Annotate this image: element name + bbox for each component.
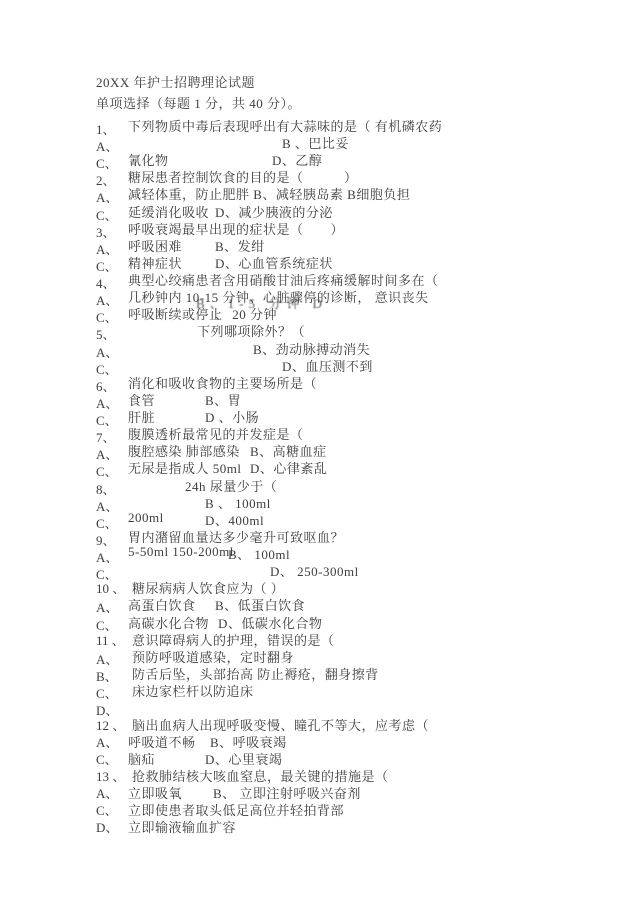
text-line: C、精神症状D、心血管系统症状	[0, 253, 640, 270]
text-line: A、呼吸道不畅B、呼吸衰竭	[0, 732, 640, 749]
text-line: D、	[0, 698, 640, 715]
text-line: 13 、抢救肺结核大咳血窒息，最关键的措施是（	[0, 766, 640, 783]
line-text: B、低蛋白饮食	[215, 595, 305, 614]
text-line: C、D、血压测不到	[0, 356, 640, 373]
text-line: C、床边家栏杆以防追床	[0, 681, 640, 698]
text-line: 1、下列物质中毒后表现呼出有大蒜味的是（ 有机磷农药	[0, 116, 640, 133]
text-line: B、防舌后坠，头部抬高 防止褥疮，翻身擦背	[0, 664, 640, 681]
text-line: C、氰化物D、乙醇	[0, 150, 640, 167]
line-text: 200ml	[128, 510, 164, 526]
text-line: 8、24h 尿量少于（	[0, 476, 640, 493]
line-text: 下列哪项除外？（	[197, 321, 305, 340]
text-line: 2、糖尿患者控制饮食的目的是（ ）	[0, 167, 640, 184]
text-line: 12 、脑出血病人出现呼吸变慢、瞳孔不等大，应考虑（	[0, 715, 640, 732]
text-line: A、呼吸困难B、发绀	[0, 236, 640, 253]
line-text: 高蛋白饮食	[128, 595, 196, 614]
text-line: C、无尿是指成人 50mlD、心律紊乱	[0, 458, 640, 475]
text-line: C、立即使患者取头低足高位并轻拍背部	[0, 800, 640, 817]
text-line: A、几秒钟内 10-15 分钟、心脏骤停的诊断， 意识丧失B、1-5 分钟 D	[0, 287, 640, 304]
text-line: C、脑疝D、心里衰竭	[0, 749, 640, 766]
text-line: C、D、 250-300ml	[0, 561, 640, 578]
text-line: 11 、意识障碍病人的护理，错误的是（	[0, 630, 640, 647]
text-line: 5、下列哪项除外？（	[0, 321, 640, 338]
text-line: 9、胃内潴留血量达多少毫升可致呕血？	[0, 527, 640, 544]
text-line: A、立即吸氧B、 立即注射呼吸兴奋剂	[0, 783, 640, 800]
text-line: A、B 、巴比妥	[0, 133, 640, 150]
text-line: A、腹腔感染 肺部感染B、高糖血症	[0, 441, 640, 458]
line-text: 减轻体重，防止肥胖 B、减轻胰岛素 B细胞负担	[128, 184, 410, 203]
text-line: C、延缓消化吸收D、减少胰液的分泌	[0, 202, 640, 219]
text-line: D、立即输液输血扩容	[0, 817, 640, 834]
text-line: A、B 、 100ml	[0, 493, 640, 510]
exam-page: 20XX 年护士招聘理论试题 单项选择（每题 1 分，共 40 分）。 1、下列…	[0, 0, 640, 907]
text-line: A、B、劲动脉搏动消失	[0, 339, 640, 356]
section-header: 单项选择（每题 1 分，共 40 分）。	[96, 93, 301, 112]
line-text: D、心律紊乱	[250, 458, 327, 477]
line-text: 无尿是指成人 50ml	[128, 458, 241, 477]
text-line: A、食管B、胃	[0, 390, 640, 407]
line-text: 立即输液输血扩容	[128, 817, 236, 836]
text-line: A、高蛋白饮食B、低蛋白饮食	[0, 595, 640, 612]
text-line: A、5-50ml 150-200mlB、 100ml	[0, 544, 640, 561]
text-line: C、高碳水化合物D、低碳水化合物	[0, 613, 640, 630]
text-line: C、200mlD、400ml	[0, 510, 640, 527]
text-line: 7、腹膜透析最常见的并发症是（	[0, 424, 640, 441]
line-label: D、	[96, 817, 118, 836]
text-line: C、呼吸断续或停止、 20 分钟	[0, 304, 640, 321]
text-line: A、预防呼吸道感染，定时翻身	[0, 647, 640, 664]
line-text: 5-50ml 150-200ml	[128, 544, 234, 560]
page-title: 20XX 年护士招聘理论试题	[96, 72, 255, 91]
text-line: 4、典型心绞痛患者含用硝酸甘油后疼痛缓解时间多在（	[0, 270, 640, 287]
text-line: A、减轻体重，防止肥胖 B、减轻胰岛素 B细胞负担	[0, 184, 640, 201]
text-line: C、肝脏D 、小肠	[0, 407, 640, 424]
text-line: 6、消化和吸收食物的主要场所是（	[0, 373, 640, 390]
text-line: 3、呼吸衰竭最早出现的症状是（ ）	[0, 219, 640, 236]
text-line: 10 、糖尿病病人饮食应为（ ）	[0, 578, 640, 595]
